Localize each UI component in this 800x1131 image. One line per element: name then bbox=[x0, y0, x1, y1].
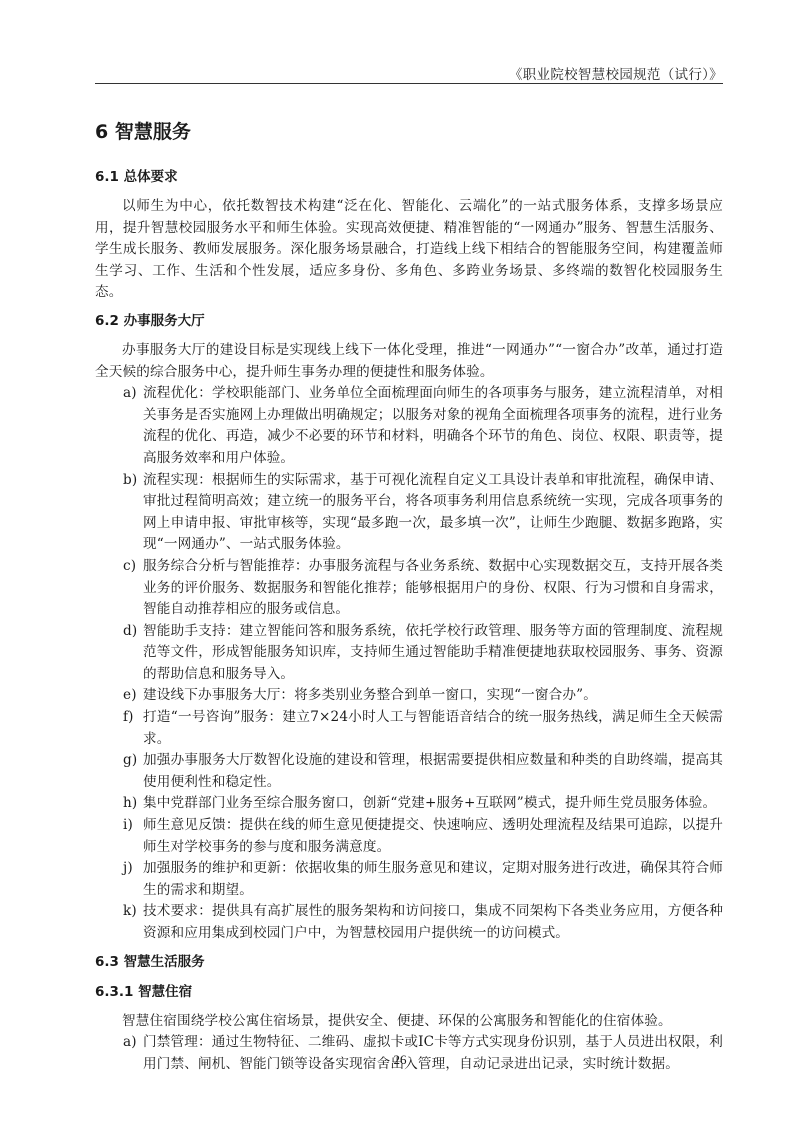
section-heading-6-3: 6.3 智慧生活服务 bbox=[95, 951, 723, 973]
section-heading-6-1: 6.1 总体要求 bbox=[95, 166, 723, 188]
list-text: 服务综合分析与智能推荐：办事服务流程与各业务系统、数据中心实现数据交互，支持开展… bbox=[143, 558, 723, 617]
paragraph: 以师生为中心，依托数智技术构建“泛在化、智能化、云端化”的一站式服务体系，支撑多… bbox=[95, 196, 723, 304]
list-label: j) bbox=[123, 858, 133, 880]
chapter-heading: 6 智慧服务 bbox=[95, 118, 723, 146]
list-text: 集中党群部门业务至综合服务窗口，创新“党建+服务+互联网”模式，提升师生党员服务… bbox=[143, 795, 716, 811]
list-text: 加强办事服务大厅数智化设施的建设和管理，根据需要提供相应数量和种类的自助终端，提… bbox=[143, 752, 723, 790]
list-item: j)加强服务的维护和更新：依据收集的师生服务意见和建议，定期对服务进行改进，确保… bbox=[95, 858, 723, 901]
list-text: 技术要求：提供具有高扩展性的服务架构和访问接口，集成不同架构下各类业务应用，方便… bbox=[143, 903, 723, 941]
list-item: e)建设线下办事服务大厅：将多类别业务整合到单一窗口，实现“一窗合办”。 bbox=[95, 685, 723, 707]
list-label: g) bbox=[123, 750, 137, 772]
list-text: 建设线下办事服务大厅：将多类别业务整合到单一窗口，实现“一窗合办”。 bbox=[143, 687, 597, 703]
list-text: 师生意见反馈：提供在线的师生意见便捷提交、快速响应、透明处理流程及结果可追踪，以… bbox=[143, 817, 723, 855]
page-content: 6 智慧服务 6.1 总体要求 以师生为中心，依托数智技术构建“泛在化、智能化、… bbox=[95, 118, 723, 1075]
running-header: 《职业院校智慧校园规范（试行）》 bbox=[95, 63, 723, 83]
list-item: f)打造“一号咨询”服务：建立7×24小时人工与智能语音结合的统一服务热线，满足… bbox=[95, 707, 723, 750]
list-label: b) bbox=[123, 470, 137, 492]
list-item: b)流程实现：根据师生的实际需求，基于可视化流程自定义工具设计表单和审批流程，确… bbox=[95, 470, 723, 556]
page-number: 26 bbox=[0, 1052, 800, 1068]
list-text: 流程实现：根据师生的实际需求，基于可视化流程自定义工具设计表单和审批流程，确保申… bbox=[143, 472, 723, 553]
list-item: g)加强办事服务大厅数智化设施的建设和管理，根据需要提供相应数量和种类的自助终端… bbox=[95, 750, 723, 793]
list-label: e) bbox=[123, 685, 137, 707]
list-label: i) bbox=[123, 815, 133, 837]
list-label: c) bbox=[123, 556, 136, 578]
list-item: d)智能助手支持：建立智能问答和服务系统，依托学校行政管理、服务等方面的管理制度… bbox=[95, 621, 723, 686]
list-item: c)服务综合分析与智能推荐：办事服务流程与各业务系统、数据中心实现数据交互，支持… bbox=[95, 556, 723, 621]
list-6-2: a)流程优化：学校职能部门、业务单位全面梳理面向师生的各项事务与服务，建立流程清… bbox=[95, 383, 723, 944]
document-page: 《职业院校智慧校园规范（试行）》 6 智慧服务 6.1 总体要求 以师生为中心，… bbox=[0, 0, 800, 1131]
list-item: a)流程优化：学校职能部门、业务单位全面梳理面向师生的各项事务与服务，建立流程清… bbox=[95, 383, 723, 469]
list-item: h)集中党群部门业务至综合服务窗口，创新“党建+服务+互联网”模式，提升师生党员… bbox=[95, 793, 723, 815]
section-heading-6-3-1: 6.3.1 智慧住宿 bbox=[95, 981, 723, 1003]
list-label: d) bbox=[123, 621, 137, 643]
list-label: h) bbox=[123, 793, 137, 815]
list-item: i)师生意见反馈：提供在线的师生意见便捷提交、快速响应、透明处理流程及结果可追踪… bbox=[95, 815, 723, 858]
list-text: 打造“一号咨询”服务：建立7×24小时人工与智能语音结合的统一服务热线，满足师生… bbox=[143, 709, 723, 747]
list-label: a) bbox=[123, 1032, 137, 1054]
header-rule bbox=[95, 83, 723, 84]
list-text: 流程优化：学校职能部门、业务单位全面梳理面向师生的各项事务与服务，建立流程清单，… bbox=[143, 385, 723, 466]
list-text: 加强服务的维护和更新：依据收集的师生服务意见和建议，定期对服务进行改进，确保其符… bbox=[143, 860, 723, 898]
paragraph: 办事服务大厅的建设目标是实现线上线下一体化受理，推进“一网通办”“一窗合办”改革… bbox=[95, 340, 723, 383]
section-heading-6-2: 6.2 办事服务大厅 bbox=[95, 310, 723, 332]
list-item: k)技术要求：提供具有高扩展性的服务架构和访问接口，集成不同架构下各类业务应用，… bbox=[95, 901, 723, 944]
list-label: a) bbox=[123, 383, 137, 405]
list-label: f) bbox=[123, 707, 134, 729]
list-label: k) bbox=[123, 901, 137, 923]
list-text: 智能助手支持：建立智能问答和服务系统，依托学校行政管理、服务等方面的管理制度、流… bbox=[143, 623, 723, 682]
paragraph: 智慧住宿围绕学校公寓住宿场景，提供安全、便捷、环保的公寓服务和智能化的住宿体验。 bbox=[95, 1011, 723, 1033]
